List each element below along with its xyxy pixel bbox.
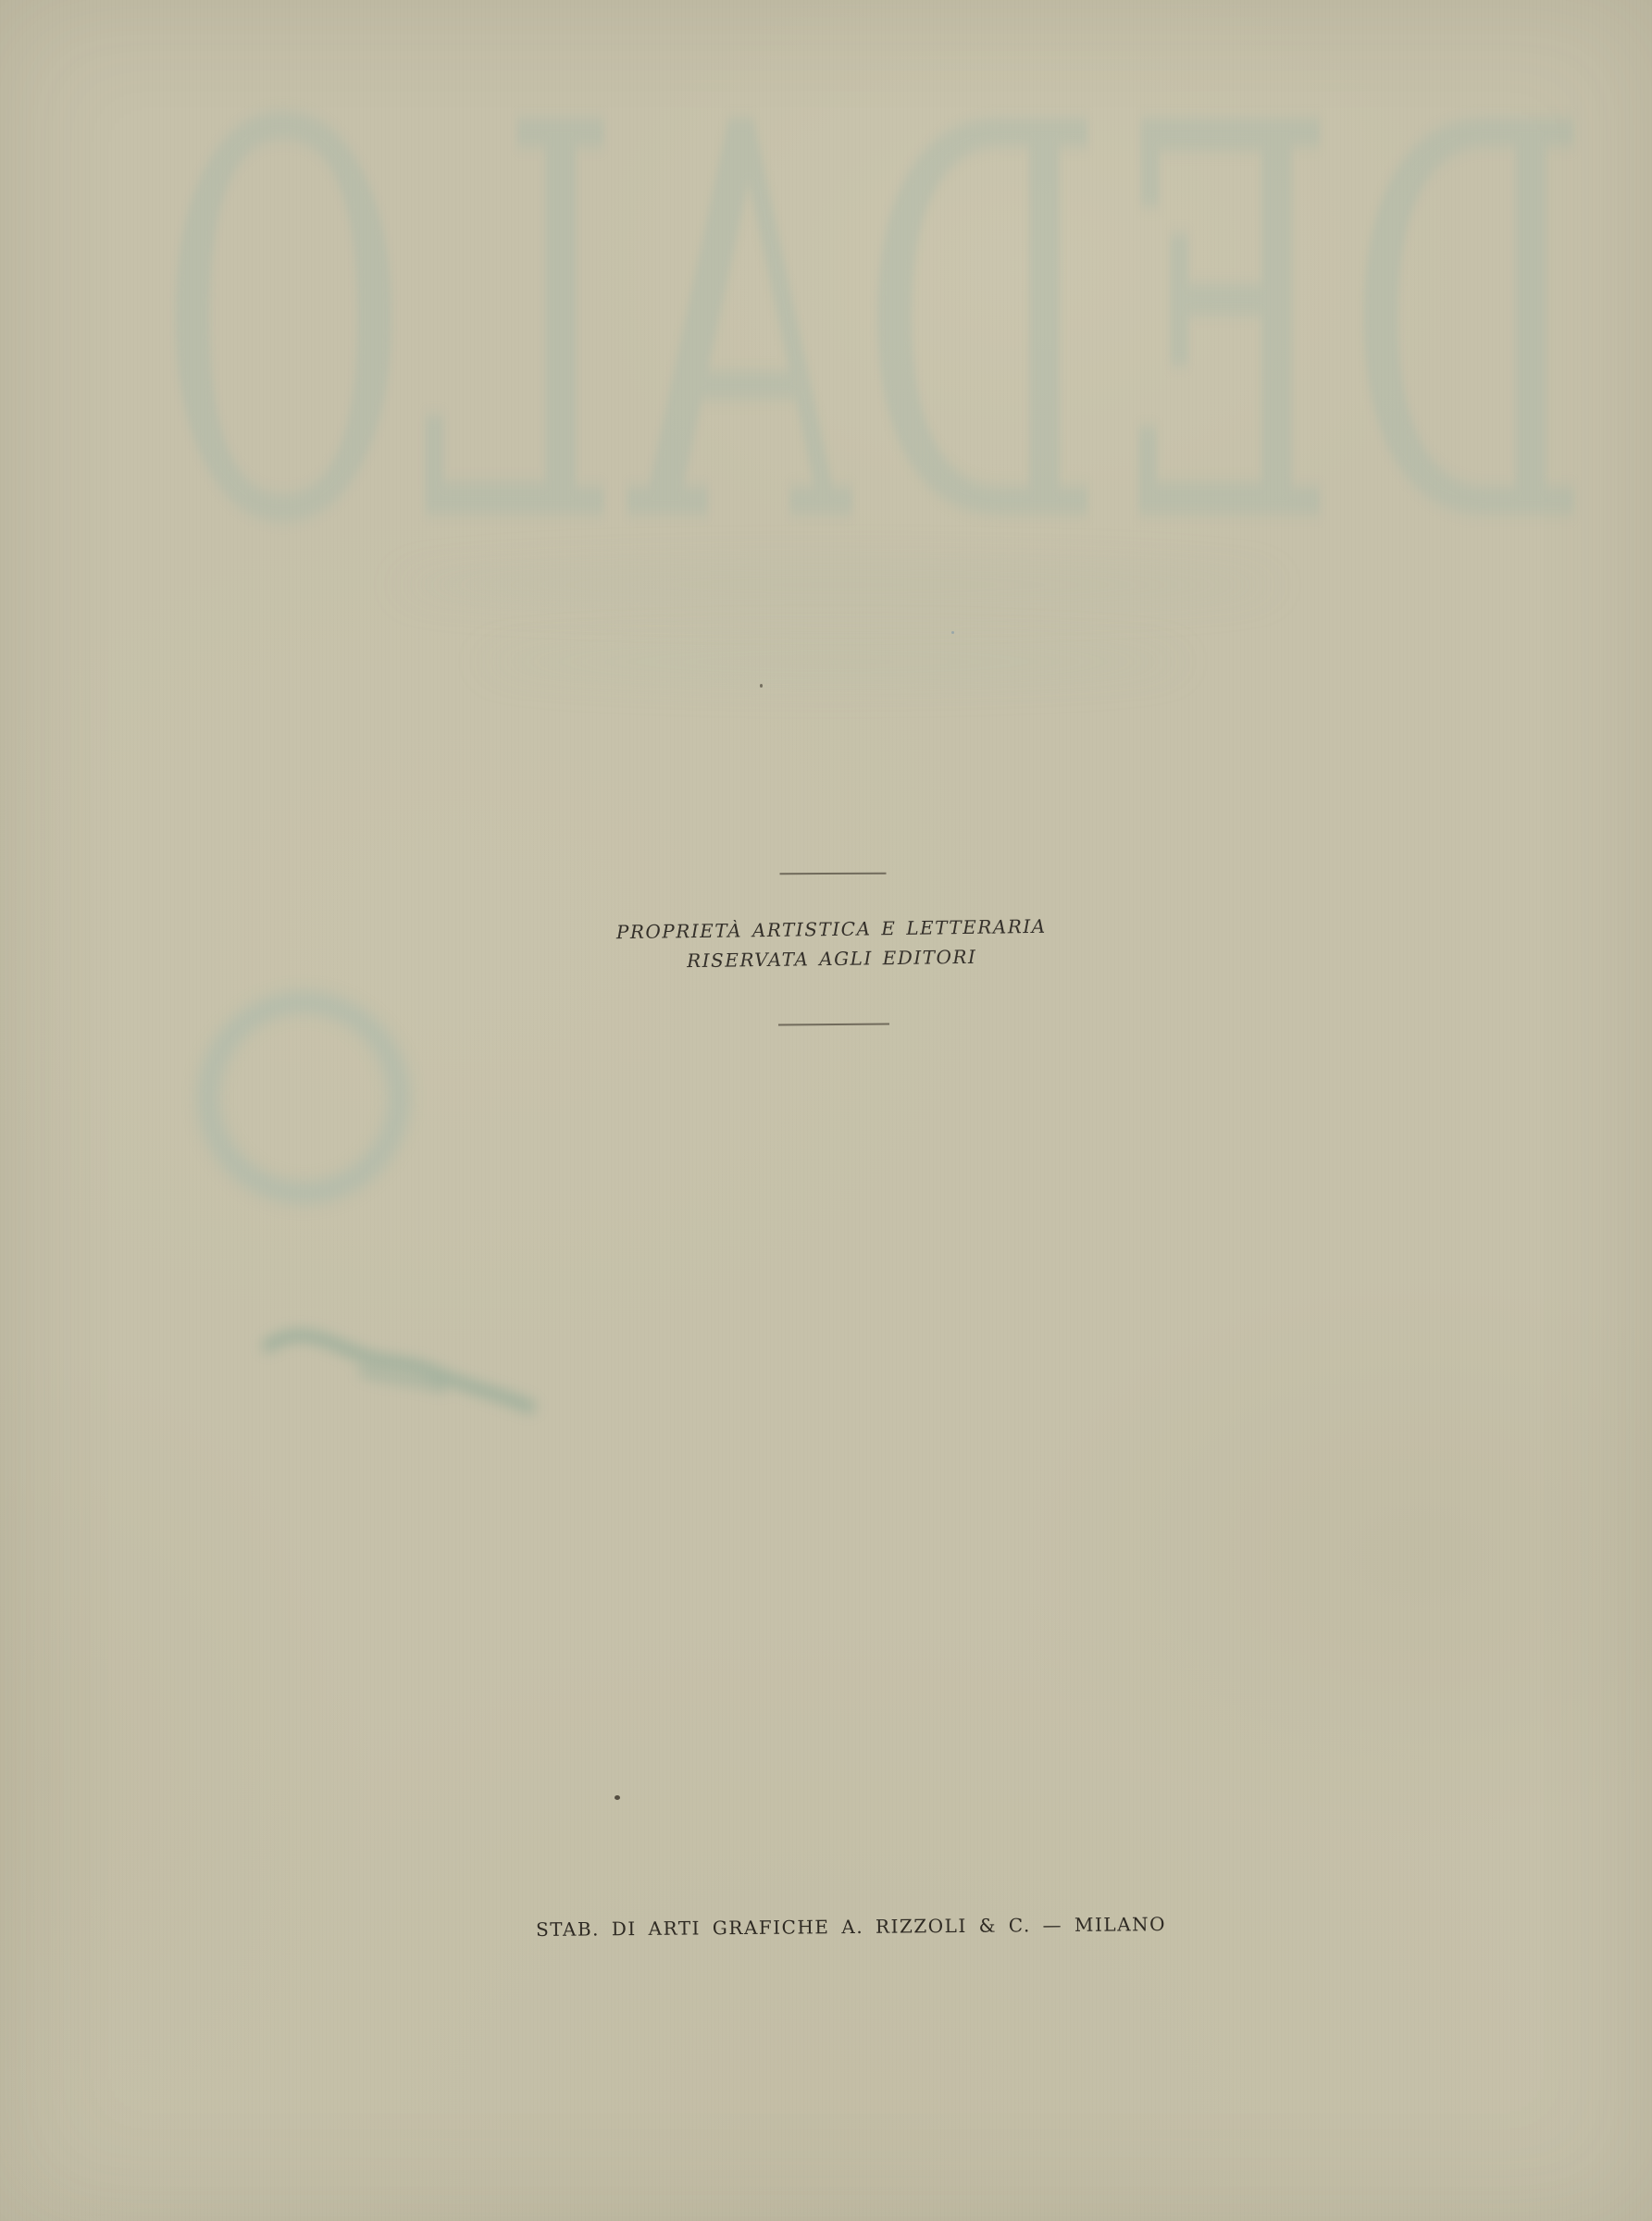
ghost-stamp-ring: [197, 991, 410, 1204]
printer-imprint: STAB. DI ARTI GRAFICHE A. RIZZOLI & C. —…: [25, 1907, 1652, 1946]
copyright-notice: PROPRIETÀ ARTISTICA E LETTERARIA RISERVA…: [6, 903, 1652, 986]
ghost-subtitle-smudge: [481, 640, 1185, 683]
ink-speck: [760, 684, 763, 688]
ink-speck: [615, 1795, 620, 1800]
ghost-title-text: DEDALO: [149, 10, 1591, 643]
ghost-title-showthrough: DEDALO: [194, 109, 1546, 544]
ghost-signature-smudge: [252, 1307, 557, 1427]
separator-rule-top: [779, 873, 886, 875]
ink-speck: [951, 631, 954, 634]
ghost-subtitle-smudge: [398, 561, 1277, 609]
paper-grain-texture: [0, 0, 1652, 2221]
separator-rule-bottom: [777, 1023, 888, 1025]
scanned-book-page: DEDALO PROPRIETÀ ARTISTICA E LETTERARIA …: [0, 0, 1652, 2221]
